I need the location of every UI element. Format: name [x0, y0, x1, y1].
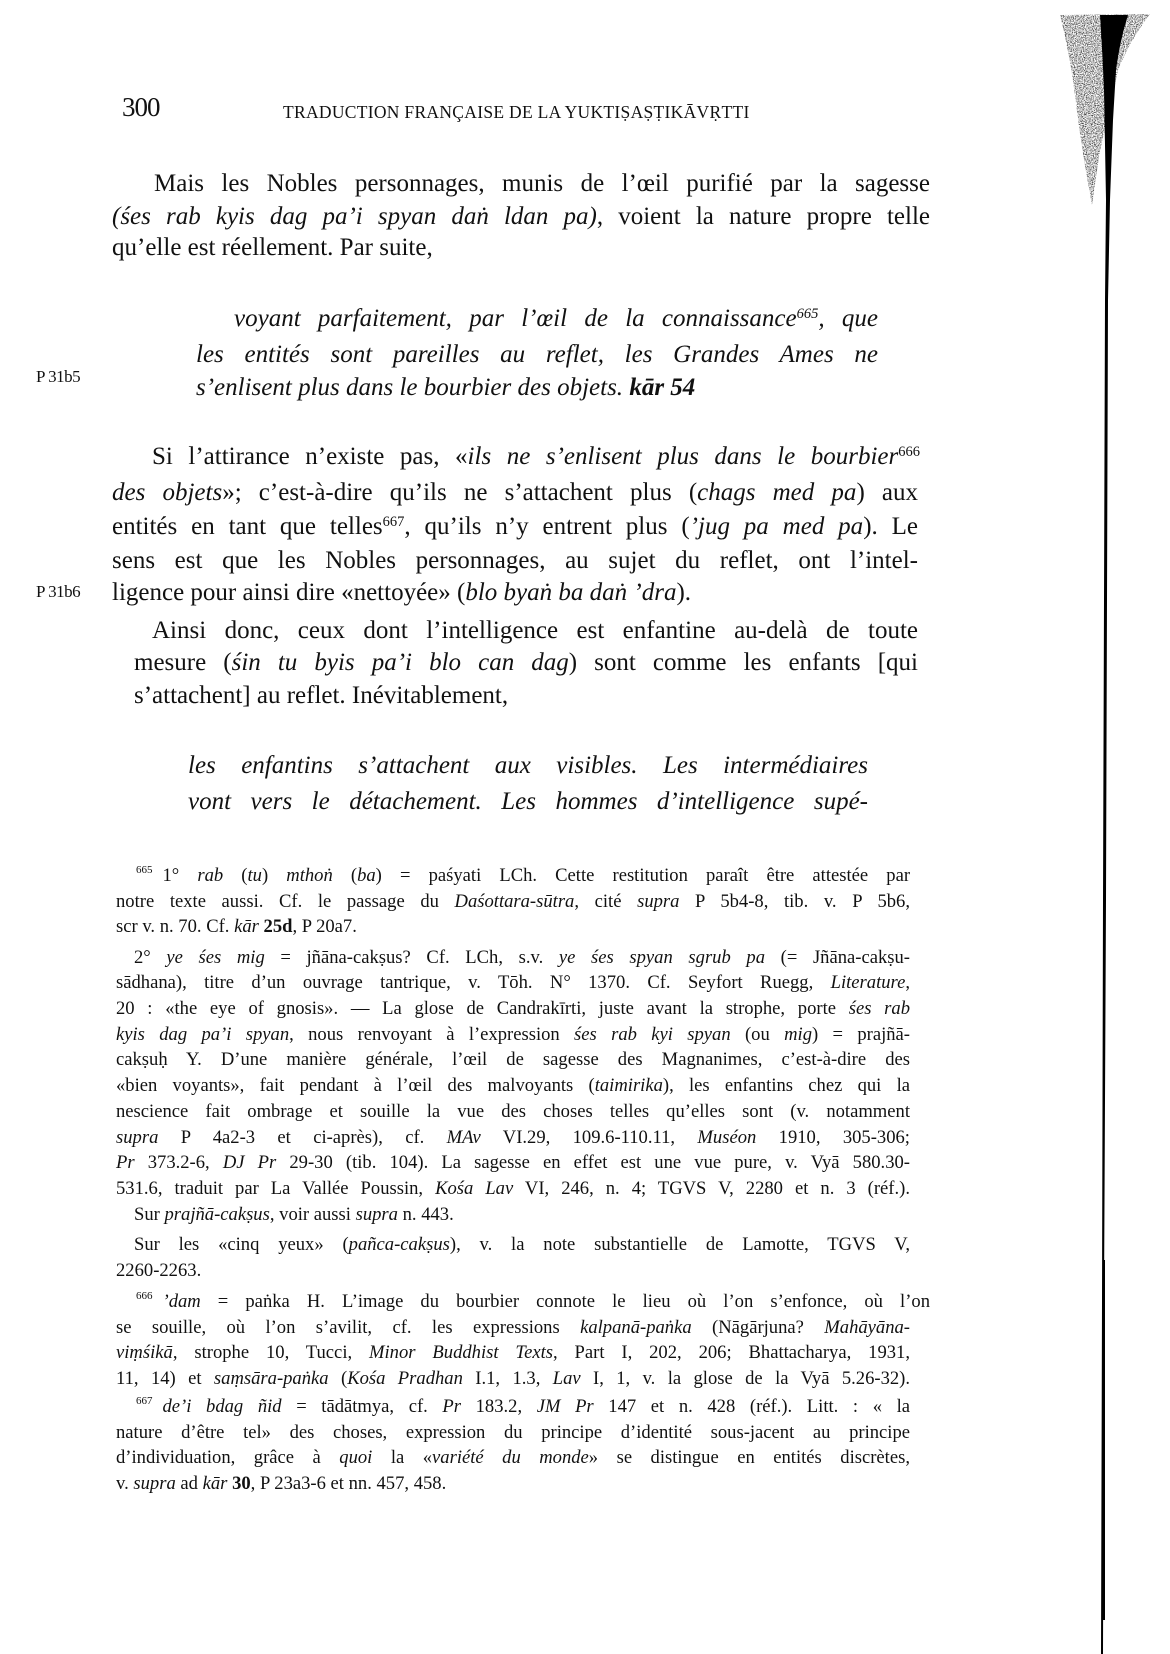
body-line: des objets»; c’est-à-dire qu’ils ne s’at… [112, 479, 918, 507]
italic-term: rab [197, 865, 223, 886]
text: 531.6, traduit par La Vallée Poussin, [116, 1178, 435, 1199]
body-line: entités en tant que telles667, qu’ils n’… [112, 513, 918, 541]
text: , P 20a7. [292, 916, 356, 937]
karika-ref: kār 54 [629, 374, 695, 401]
italic-term: mig [784, 1024, 812, 1045]
footnote-665-line: 20 : «the eye of gnosis». — La glose de … [116, 998, 910, 1020]
footnote-665-line: «bien voyants», fait pendant à l’œil des… [116, 1075, 910, 1097]
footnote-665-line: Pr 373.2-6, DJ Pr 29-30 (tib. 104). La s… [116, 1152, 910, 1174]
footnote-667-line: 667de’i bdag ñid = tādātmya, cf. Pr 183.… [136, 1396, 910, 1418]
text: 11, 14) et [116, 1368, 214, 1389]
tibetan-term: ’jug pa med pa [690, 513, 864, 540]
footnote-number: 666 [136, 1290, 153, 1302]
verse-line: les entités sont pareilles au reflet, le… [196, 341, 878, 369]
text: nature d’être tel» des choses, expressio… [116, 1422, 910, 1443]
text: = paṅka H. L’image du bourbier connote l… [201, 1291, 930, 1312]
text: qu’elle est réellement. Par suite, [112, 234, 433, 261]
text: ) sont comme les enfants [qui [569, 649, 918, 676]
text: Si l’attirance n’existe pas, « [152, 443, 468, 470]
footnote-ref-666[interactable]: 666 [898, 444, 920, 460]
footnote-number: 665 [136, 864, 153, 876]
text: la « [372, 1447, 432, 1468]
text: (ou [731, 1024, 784, 1045]
text: »; c’est-à-dire qu’ils ne s’attachent pl… [222, 479, 697, 506]
text: s’enlisent plus dans le bourbier des obj… [196, 374, 623, 401]
margin-ref-p31b6: P 31b6 [36, 582, 80, 602]
text: ), les enfantins chez qui la [663, 1075, 910, 1096]
footnote-665-line: supra P 4a2-3 et ci-après), cf. MAv VI.2… [116, 1127, 910, 1149]
italic-term: JM Pr [537, 1396, 594, 1417]
italic-term: Lav [553, 1368, 581, 1389]
text: , nous renvoyant à l’expression [289, 1024, 574, 1045]
verse-line: s’enlisent plus dans le bourbier des obj… [196, 374, 695, 402]
text: 1910, 305-306; [756, 1127, 910, 1148]
text: , strophe 10, Tucci, [173, 1342, 369, 1363]
italic-term: MAv [447, 1127, 481, 1148]
text: , cité [574, 891, 637, 912]
text: se souille, où l’on s’avilit, cf. les ex… [116, 1317, 580, 1338]
book-page: 300 TRADUCTION FRANÇAISE DE LA YUKTIṢAṢṬ… [0, 0, 1170, 1654]
text: s’attachent] au reflet. Inévitablement, [134, 682, 508, 709]
body-line: Mais les Nobles personnages, munis de l’… [154, 170, 930, 198]
footnote-665-line: cakṣuḥ Y. D’une manière générale, l’œil … [116, 1049, 910, 1071]
footnote-665-line: Sur prajñā-cakṣus, voir aussi supra n. 4… [134, 1204, 454, 1226]
footnote-ref-665[interactable]: 665 [797, 306, 819, 322]
tibetan-term: (śes rab kyis dag pa’i spyan daṅ ldan pa… [112, 203, 597, 230]
italic-term: Muséon [697, 1127, 756, 1148]
text: , voient la nature propre telle [597, 203, 930, 230]
text: » se distingue en entités discrètes, [589, 1447, 910, 1468]
text: d’individuation, grâce à [116, 1447, 339, 1468]
text: sādhana), titre d’un ouvrage tantrique, … [116, 972, 831, 993]
text: 20 : «the eye of gnosis». — La glose de … [116, 998, 849, 1019]
footnote-665-line: nescience fait ombrage et souille la vue… [116, 1101, 910, 1123]
italic-term: Pr [116, 1152, 135, 1173]
footnote-667-line: d’individuation, grâce à quoi la «variét… [116, 1447, 910, 1469]
text: , [905, 972, 910, 993]
italic-term: supra [133, 1473, 175, 1494]
italic-term: supra [116, 1127, 158, 1148]
footnote-665-line: scr v. n. 70. Cf. kār 25d, P 20a7. [116, 916, 357, 938]
margin-ref-p31b5: P 31b5 [36, 367, 80, 387]
text: I.1, 1.3, [463, 1368, 553, 1389]
text: P 5b4-8, tib. v. P 5b6, [679, 891, 910, 912]
text: notre texte aussi. Cf. le passage du [116, 891, 455, 912]
text: entités en tant que telles [112, 513, 383, 540]
italic-term: pañca-cakṣus [349, 1234, 450, 1255]
footnote-666-line: 666’dam = paṅka H. L’image du bourbier c… [136, 1291, 930, 1313]
text: sens est que les Nobles personnages, au … [112, 547, 918, 574]
text: (= Jñāna-cakṣu- [765, 947, 910, 968]
italic-term: kār [234, 916, 259, 937]
footnote-665-line: notre texte aussi. Cf. le passage du Daś… [116, 891, 910, 913]
italic-term: de’i bdag ñid [163, 1396, 282, 1417]
footnote-665-line: 2° ye śes mig = jñāna-cakṣus? Cf. LCh, s… [134, 947, 910, 969]
verse-line: voyant parfaitement, par l’œil de la con… [234, 305, 878, 333]
body-line: Ainsi donc, ceux dont l’intelligence est… [152, 617, 918, 645]
text: , qu’ils n’y entrent plus ( [404, 513, 689, 540]
body-line: sens est que les Nobles personnages, au … [112, 547, 918, 575]
text: VI.29, 109.6-110.11, [481, 1127, 698, 1148]
quote: des objets [112, 479, 222, 506]
italic-term: Kośa Lav [435, 1178, 513, 1199]
italic-term: supra [637, 891, 679, 912]
footnote-665-line: 6651° rab (tu) mthoṅ (ba) = paśyati LCh.… [136, 865, 910, 887]
text: ( [223, 865, 247, 886]
text: les entités sont pareilles au reflet, le… [196, 341, 878, 368]
italic-term: ye śes mig [166, 947, 264, 968]
text: 147 et n. 428 (réf.). Litt. : « la [594, 1396, 910, 1417]
italic-term: saṃsāra-paṅka [214, 1368, 329, 1389]
footnote-666-line: se souille, où l’on s’avilit, cf. les ex… [116, 1317, 910, 1339]
text: 183.2, [461, 1396, 537, 1417]
text: 2° [134, 947, 166, 968]
running-head: TRADUCTION FRANÇAISE DE LA YUKTIṢAṢṬIKĀV… [283, 102, 750, 123]
italic-term: viṃśikā [116, 1342, 173, 1363]
body-line: mesure (śin tu byis pa’i blo can dag) so… [134, 649, 918, 677]
text: cakṣuḥ Y. D’une manière générale, l’œil … [116, 1049, 910, 1070]
italic-term: tu [248, 865, 262, 886]
text: , Part I, 202, 206; Bhattacharya, 1931, [553, 1342, 910, 1363]
text: 2260-2263. [116, 1260, 201, 1281]
text: , que [818, 305, 878, 332]
verse-line: les enfantins s’attachent aux visibles. … [188, 752, 868, 780]
italic-term: kār [203, 1473, 228, 1494]
italic-term: śes rab [849, 998, 910, 1019]
body-line: Si l’attirance n’existe pas, «ils ne s’e… [152, 443, 920, 471]
text: I, 1, v. la glose de la Vyā 5.26-32). [581, 1368, 910, 1389]
body-line: (śes rab kyis dag pa’i spyan daṅ ldan pa… [112, 203, 930, 231]
text: , voir aussi [270, 1204, 356, 1225]
italic-term: mthoṅ [286, 865, 332, 886]
text: mesure ( [134, 649, 232, 676]
verse-line: vont vers le détachement. Les hommes d’i… [188, 788, 868, 816]
italic-term: kyis dag pa’i spyan [116, 1024, 289, 1045]
text: P 4a2-3 et ci-après), cf. [158, 1127, 446, 1148]
italic-term: Literature [831, 972, 906, 993]
text: ). Le [863, 513, 918, 540]
tibetan-term: chags med pa [697, 479, 856, 506]
italic-term: prajñā-cakṣus [164, 1204, 269, 1225]
italic-term: Kośa Pradhan [347, 1368, 463, 1389]
text: n. 443. [398, 1204, 454, 1225]
footnote-665-line: 2260-2263. [116, 1260, 201, 1282]
text: (Nāgārjuna? [692, 1317, 825, 1338]
italic-term: śes rab kyi spyan [574, 1024, 731, 1045]
text: Sur les «cinq yeux» ( [134, 1234, 349, 1255]
text: nescience fait ombrage et souille la vue… [116, 1101, 910, 1122]
italic-term: Minor Buddhist Texts [369, 1342, 553, 1363]
text: les enfantins s’attachent aux visibles. … [188, 752, 868, 779]
text: VI, 246, n. 4; TGVS V, 2280 et n. 3 (réf… [513, 1178, 910, 1199]
text: ) = prajñā- [812, 1024, 910, 1045]
text: voyant parfaitement, par l’œil de la con… [234, 305, 797, 332]
footnote-667-line: v. supra ad kār 30, P 23a3-6 et nn. 457,… [116, 1473, 446, 1495]
text: vont vers le détachement. Les hommes d’i… [188, 788, 868, 815]
italic-term: ’dam [163, 1291, 201, 1312]
text: ad [176, 1473, 203, 1494]
bold-ref: 30 [232, 1473, 251, 1494]
footnote-665-line: 531.6, traduit par La Vallée Poussin, Ko… [116, 1178, 910, 1200]
body-line: s’attachent] au reflet. Inévitablement, [134, 682, 508, 710]
text: ( [333, 865, 357, 886]
italic-term: supra [356, 1204, 398, 1225]
footnote-665-line: Sur les «cinq yeux» (pañca-cakṣus), v. l… [134, 1234, 910, 1256]
tibetan-term: blo byaṅ ba daṅ ’dra [465, 579, 676, 606]
footnote-667-line: nature d’être tel» des choses, expressio… [116, 1422, 910, 1444]
footnote-665-line: kyis dag pa’i spyan, nous renvoyant à l’… [116, 1024, 910, 1046]
text: 1° [163, 865, 198, 886]
italic-term: taimirika [595, 1075, 663, 1096]
italic-term: kalpanā-paṅka [580, 1317, 692, 1338]
body-line: qu’elle est réellement. Par suite, [112, 234, 433, 262]
footnote-665-line: sādhana), titre d’un ouvrage tantrique, … [116, 972, 910, 994]
footnote-666-line: 11, 14) et saṃsāra-paṅka (Kośa Pradhan I… [116, 1368, 910, 1390]
text: ( [329, 1368, 348, 1389]
text: = tādātmya, cf. [282, 1396, 443, 1417]
text: ) aux [856, 479, 918, 506]
text: scr v. n. 70. Cf. [116, 916, 234, 937]
tibetan-term: śin tu byis pa’i blo can dag [232, 649, 569, 676]
text: ) = paśyati LCh. Cette restitution paraî… [376, 865, 910, 886]
body-line: ligence pour ainsi dire «nettoyée» (blo … [112, 579, 691, 607]
italic-term: Mahāyāna- [824, 1317, 910, 1338]
bold-ref: 25d [264, 916, 293, 937]
text: ligence pour ainsi dire «nettoyée» ( [112, 579, 465, 606]
text: Mais les Nobles personnages, munis de l’… [154, 170, 930, 197]
text: Sur [134, 1204, 164, 1225]
italic-term: DJ Pr [223, 1152, 276, 1173]
italic-term: ye śes spyan sgrub pa [559, 947, 765, 968]
text: v. [116, 1473, 133, 1494]
footnote-666-line: viṃśikā, strophe 10, Tucci, Minor Buddhi… [116, 1342, 910, 1364]
text: «bien voyants», fait pendant à l’œil des… [116, 1075, 595, 1096]
footnote-ref-667[interactable]: 667 [383, 514, 405, 530]
text: ). [676, 579, 691, 606]
italic-term: Pr [442, 1396, 461, 1417]
page-number: 300 [122, 92, 160, 123]
italic-term: quoi [339, 1447, 372, 1468]
italic-term: ba [357, 865, 376, 886]
italic-term: variété du monde [432, 1447, 589, 1468]
text: 373.2-6, [135, 1152, 223, 1173]
text: = jñāna-cakṣus? Cf. LCh, s.v. [265, 947, 559, 968]
text: ), v. la note substantielle de Lamotte, … [450, 1234, 910, 1255]
quote: ils ne s’enlisent plus dans le bourbier [468, 443, 899, 470]
text: ) [262, 865, 286, 886]
text: Ainsi donc, ceux dont l’intelligence est… [152, 617, 918, 644]
text: 29-30 (tib. 104). La sagesse en effet es… [276, 1152, 910, 1173]
italic-term: Daśottara-sūtra [455, 891, 575, 912]
text: , P 23a3-6 et nn. 457, 458. [251, 1473, 447, 1494]
footnote-number: 667 [136, 1395, 153, 1407]
